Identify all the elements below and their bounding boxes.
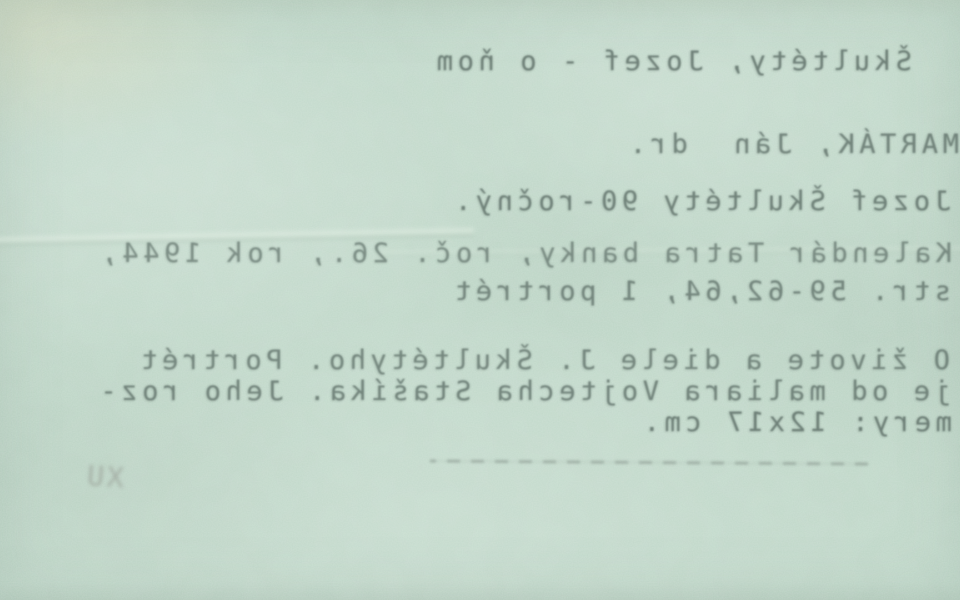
note-line-1: O živote a diele J. Škultétyho. Portrét bbox=[137, 347, 950, 374]
typed-separator-rule bbox=[430, 459, 868, 465]
catalog-card-photo: Škultéty, Jozef - o ňom MARTÁK, Ján dr. … bbox=[0, 0, 960, 600]
note-line-3: mery: 12x17 cm. bbox=[639, 409, 952, 436]
title-line: Jozef Škultéty 90-ročný. bbox=[450, 188, 951, 215]
author-line: MARTÁK, Ján dr. bbox=[625, 131, 959, 158]
subject-heading-line: Škultéty, Jozef - o ňom bbox=[432, 48, 912, 75]
faint-margin-mark: XU bbox=[83, 459, 125, 495]
note-line-2: je od maliara Vojtecha Stašíka. Jeho roz… bbox=[96, 378, 951, 405]
source-line-2: str. 59-62,64, 1 portrét bbox=[450, 278, 951, 305]
source-line-1: Kalendár Tatra banky, roč. 26., rok 1944… bbox=[97, 240, 952, 267]
mirrored-text-layer: Škultéty, Jozef - o ňom MARTÁK, Ján dr. … bbox=[0, 0, 960, 600]
